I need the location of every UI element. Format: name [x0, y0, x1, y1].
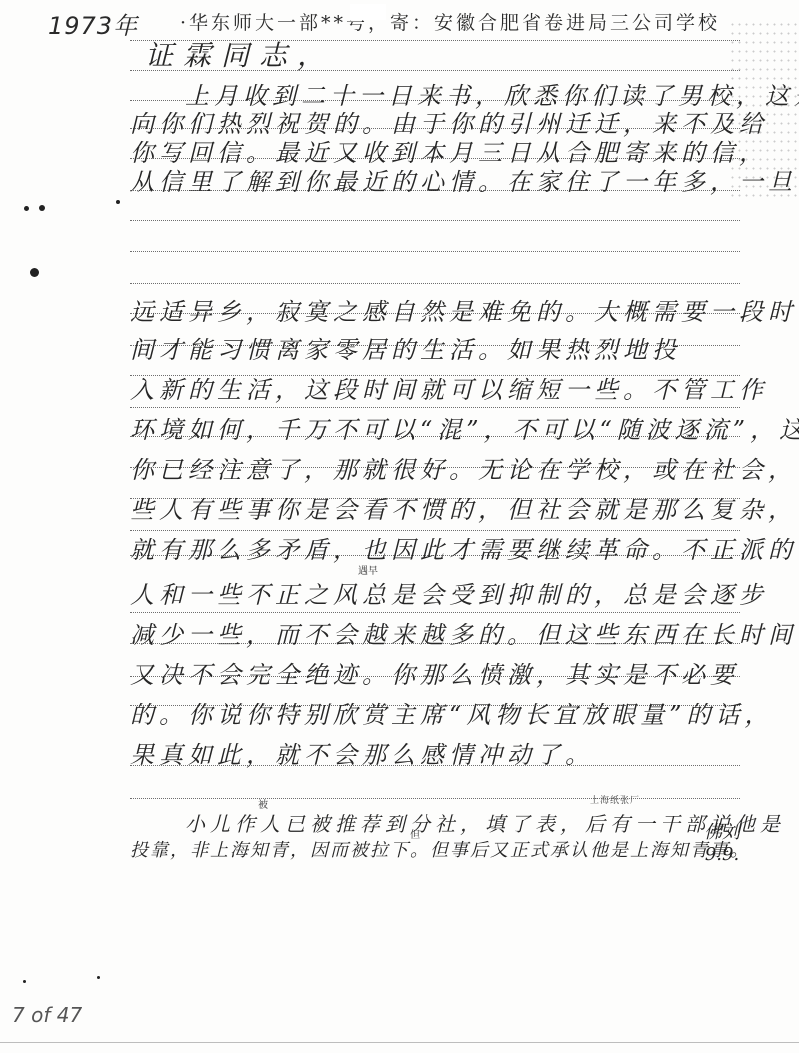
letter-page: 1973年 ·华东师大一部**号，寄：安徽合肥省卷进局三公司学校 证霖同志， 上… — [0, 0, 799, 1053]
salutation: 证霖同志， — [145, 34, 765, 74]
ruled-line — [130, 798, 740, 799]
body-line-16: 果真如此，就不会那么感情冲动了。 — [130, 735, 750, 770]
insert-correction: 被 — [258, 796, 268, 811]
ruled-line — [130, 283, 740, 284]
body-line-5: 远适异乡，寂寞之感自然是难免的。大概需要一段时 — [130, 292, 750, 327]
signature: 佛刘 9.9. — [704, 822, 740, 866]
scan-edge — [0, 1042, 799, 1043]
ruled-line — [130, 407, 740, 408]
insert-correction: 遇早 — [358, 562, 378, 577]
page-count-note: 7 of 47 — [12, 1003, 82, 1027]
body-line-10: 些人有些事你是会看不惯的，但社会就是那么复杂， — [130, 490, 750, 525]
body-line-14: 又决不会完全绝迹。你那么愤激，其实是不必要 — [130, 655, 750, 690]
body-line-17: 小儿作人已被推荐到分社，填了表，后有一干部说他是 — [130, 808, 799, 837]
body-line-12: 人和一些不正之风总是会受到抑制的，总是会逐步 — [130, 575, 750, 610]
ruled-line — [130, 251, 740, 252]
paper-maker-stamp: 上海纸张厂 — [590, 793, 640, 806]
ink-spot — [97, 976, 100, 979]
ink-spot — [23, 980, 26, 983]
body-line-9: 你已经注意了，那就很好。无论在学校，或在社会，有 — [130, 450, 750, 485]
ruled-line — [130, 612, 740, 613]
signature-name: 佛刘 — [704, 822, 740, 844]
body-line-13: 减少一些，而不会越来越多的。但这些东西在长时间内 — [130, 615, 750, 650]
ink-spot — [30, 268, 39, 277]
body-line-4: 从信里了解到你最近的心情。在家住了一年多，一旦 — [130, 162, 750, 197]
ink-spot — [24, 206, 29, 211]
ink-spot — [39, 205, 45, 211]
signature-date: 9.9. — [704, 844, 740, 866]
header-address: ·华东师大一部**号，寄：安徽合肥省卷进局三公司学校 — [180, 8, 720, 35]
body-line-8: 环境如何，千万不可以“混”，不可以“随波逐流”，这一点 — [130, 410, 750, 445]
body-line-6: 间才能习惯离家零居的生活。如果热烈地投 — [130, 330, 750, 365]
body-line-15: 的。你说你特别欣赏主席“风物长宜放眼量”的话， — [130, 695, 750, 730]
letter-header: 1973年 ·华东师大一部**号，寄：安徽合肥省卷进局三公司学校 — [40, 4, 799, 38]
body-line-7: 入新的生活，这段时间就可以缩短一些。不管工作 — [130, 370, 750, 405]
header-year: 1973年 — [48, 6, 138, 41]
body-line-11: 就有那么多矛盾，也因此才需要继续革命。不正派的 — [130, 530, 750, 565]
ink-spot — [116, 200, 120, 204]
redaction-patch — [350, 4, 386, 20]
insert-correction: 但 — [410, 826, 420, 841]
ruled-line — [130, 220, 740, 221]
